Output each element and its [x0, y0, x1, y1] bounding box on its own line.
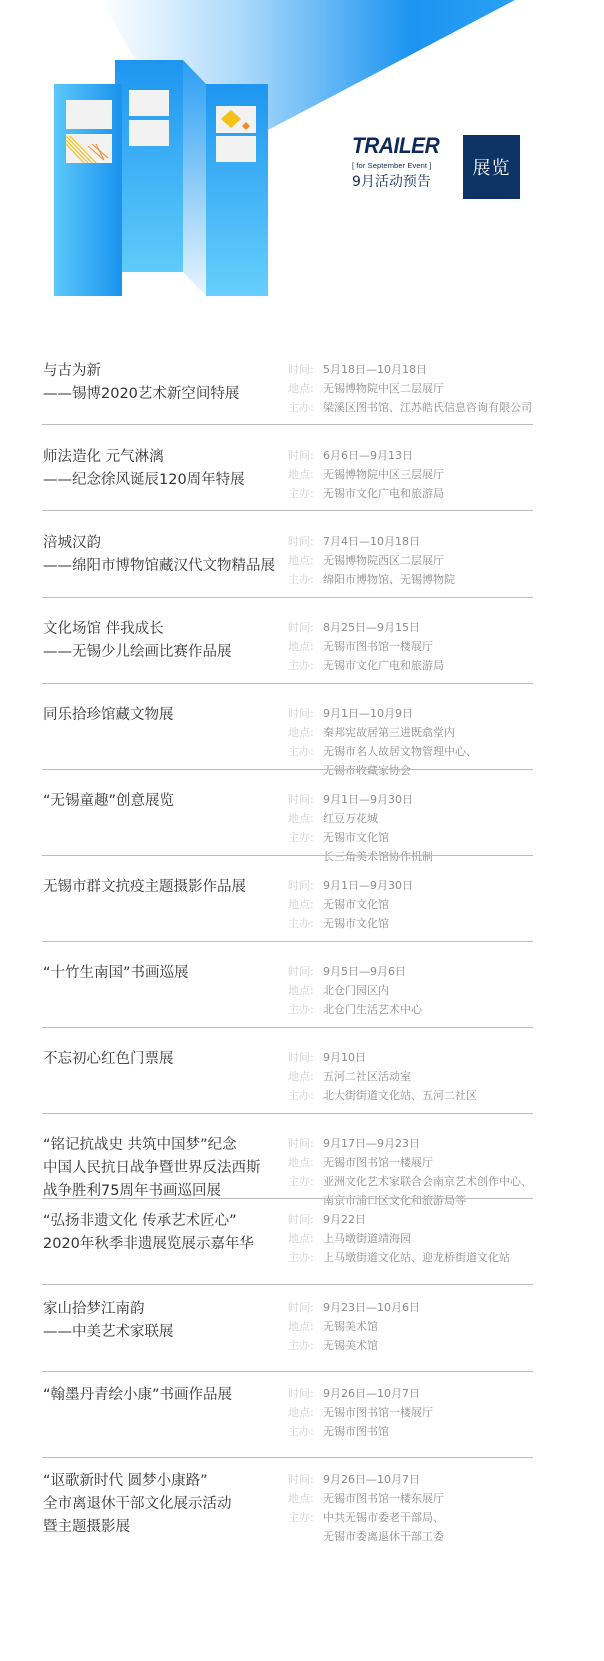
host-row: 主办:绵阳市博物馆、无锡博物院	[288, 570, 455, 589]
host-label: 主办:	[288, 828, 323, 866]
time-row: 时间:9月10日	[288, 1048, 477, 1067]
event-details: 时间:7月4日—10月18日地点:无锡博物院西区二层展厅主办:绵阳市博物馆、无锡…	[288, 532, 455, 589]
event-title-line: 文化场馆 伴我成长	[43, 618, 303, 641]
time-value: 9月22日	[323, 1210, 366, 1229]
place-label: 地点:	[288, 1229, 323, 1248]
event-list: 与古为新——锡博2020艺术新空间特展时间:5月18日—10月18日地点:无锡博…	[0, 360, 604, 1660]
time-value: 9月10日	[323, 1048, 366, 1067]
time-label: 时间:	[288, 790, 323, 809]
host-value: 中共无锡市委老干部局、无锡市委离退休干部工委	[323, 1508, 444, 1546]
host-label: 主办:	[288, 1508, 323, 1546]
place-row: 地点:无锡市图书馆一楼展厅	[288, 637, 444, 656]
time-row: 时间:9月1日—9月30日	[288, 876, 413, 895]
place-value: 无锡博物院中区二层展厅	[323, 379, 444, 398]
host-value: 无锡市图书馆	[323, 1422, 389, 1441]
divider	[42, 683, 533, 684]
time-row: 时间:9月26日—10月7日	[288, 1470, 444, 1489]
event-title: 与古为新——锡博2020艺术新空间特展	[43, 360, 303, 406]
host-value-line: 无锡市文化馆	[323, 914, 389, 933]
host-value: 上马墩街道文化站、迎龙桥街道文化站	[323, 1248, 510, 1267]
event-title: “讴歌新时代 圆梦小康路”全市离退休干部文化展示活动暨主题摄影展	[43, 1470, 303, 1539]
time-label: 时间:	[288, 876, 323, 895]
place-row: 地点:红豆万花城	[288, 809, 433, 828]
time-label: 时间:	[288, 1048, 323, 1067]
time-label: 时间:	[288, 618, 323, 637]
header-banner: TRAILER [ for September Event ] 9月活动预告 展…	[0, 0, 604, 340]
host-value: 北仓门生活艺术中心	[323, 1000, 422, 1019]
event-title-line: “弘扬非遗文化 传承艺术匠心”	[43, 1210, 303, 1233]
host-value-line: 北大街街道文化站、五河二社区	[323, 1086, 477, 1105]
host-row: 主办:北大街街道文化站、五河二社区	[288, 1086, 477, 1105]
divider	[42, 1113, 533, 1114]
place-label: 地点:	[288, 723, 323, 742]
time-label: 时间:	[288, 360, 323, 379]
host-value-line: 无锡市委离退休干部工委	[323, 1527, 444, 1546]
host-label: 主办:	[288, 1248, 323, 1267]
place-label: 地点:	[288, 1067, 323, 1086]
host-value: 无锡市文化馆长三角美术馆协作机制	[323, 828, 433, 866]
time-value: 9月1日—9月30日	[323, 876, 413, 895]
time-label: 时间:	[288, 1384, 323, 1403]
event-title: 涪城汉韵——绵阳市博物馆藏汉代文物精品展	[43, 532, 303, 578]
time-value: 6月6日—9月13日	[323, 446, 413, 465]
place-row: 地点:无锡博物院中区三层展厅	[288, 465, 444, 484]
place-row: 地点:上马墩街道靖海园	[288, 1229, 510, 1248]
event-title-line: “讴歌新时代 圆梦小康路”	[43, 1470, 303, 1493]
time-value: 5月18日—10月18日	[323, 360, 427, 379]
host-value-line: 中共无锡市委老干部局、	[323, 1508, 444, 1527]
event-title: “十竹生南国”书画巡展	[43, 962, 303, 985]
event-title-line: “铭记抗战史 共筑中国梦”纪念	[43, 1134, 303, 1157]
event-title-line: 涪城汉韵	[43, 532, 303, 555]
host-value: 梁溪区图书馆、江苏皓氏信息咨询有限公司	[323, 398, 532, 417]
event-title-line: ——纪念徐风诞辰120周年特展	[43, 469, 303, 492]
host-value: 无锡美术馆	[323, 1336, 378, 1355]
time-row: 时间:9月23日—10月6日	[288, 1298, 420, 1317]
event-details: 时间:9月26日—10月7日地点:无锡市图书馆一楼东展厅主办:中共无锡市委老干部…	[288, 1470, 444, 1546]
time-label: 时间:	[288, 704, 323, 723]
place-label: 地点:	[288, 1403, 323, 1422]
event-details: 时间:8月25日—9月15日地点:无锡市图书馆一楼展厅主办:无锡市文化广电和旅游…	[288, 618, 444, 675]
time-label: 时间:	[288, 1470, 323, 1489]
host-row: 主办:上马墩街道文化站、迎龙桥街道文化站	[288, 1248, 510, 1267]
host-value: 亚洲文化艺术家联合会南京艺术创作中心、南京市浦口区文化和旅游局等	[323, 1172, 532, 1210]
host-row: 主办:无锡市文化馆长三角美术馆协作机制	[288, 828, 433, 866]
time-row: 时间:9月17日—9月23日	[288, 1134, 532, 1153]
event-title: “铭记抗战史 共筑中国梦”纪念中国人民抗日战争暨世界反法西斯战争胜利75周年书画…	[43, 1134, 303, 1203]
place-value: 秦邦宪故居第三进既翕堂内	[323, 723, 455, 742]
category-badge: 展览	[463, 135, 520, 199]
place-value: 红豆万花城	[323, 809, 378, 828]
event-title-line: ——绵阳市博物馆藏汉代文物精品展	[43, 555, 303, 578]
event-title-line: 与古为新	[43, 360, 303, 383]
host-value-line: 无锡市文化广电和旅游局	[323, 484, 444, 503]
host-value-line: 无锡市收藏家协会	[323, 761, 477, 780]
place-row: 地点:无锡博物院西区二层展厅	[288, 551, 455, 570]
event-title: “无锡童趣”创意展览	[43, 790, 303, 813]
divider	[42, 424, 533, 425]
divider	[42, 769, 533, 770]
place-label: 地点:	[288, 551, 323, 570]
place-value: 无锡美术馆	[323, 1317, 378, 1336]
event-details: 时间:9月10日地点:五河二社区活动室主办:北大街街道文化站、五河二社区	[288, 1048, 477, 1105]
place-label: 地点:	[288, 1317, 323, 1336]
place-row: 地点:秦邦宪故居第三进既翕堂内	[288, 723, 477, 742]
host-value: 无锡市名人故居文物管理中心、无锡市收藏家协会	[323, 742, 477, 780]
host-label: 主办:	[288, 742, 323, 780]
event-title: 无锡市群文抗疫主题摄影作品展	[43, 876, 303, 899]
event-title-line: ——中美艺术家联展	[43, 1321, 303, 1344]
host-label: 主办:	[288, 570, 323, 589]
place-row: 地点:无锡市文化馆	[288, 895, 413, 914]
host-value-line: 上马墩街道文化站、迎龙桥街道文化站	[323, 1248, 510, 1267]
divider	[42, 1457, 533, 1458]
host-row: 主办:无锡市文化广电和旅游局	[288, 656, 444, 675]
event-title-line: 同乐拾珍馆藏文物展	[43, 704, 303, 727]
divider	[42, 597, 533, 598]
host-label: 主办:	[288, 1422, 323, 1441]
time-row: 时间:8月25日—9月15日	[288, 618, 444, 637]
event-title-line: ——锡博2020艺术新空间特展	[43, 383, 303, 406]
event-title-line: 2020年秋季非遗展览展示嘉年华	[43, 1233, 303, 1256]
place-value: 无锡市文化馆	[323, 895, 389, 914]
host-value-line: 无锡美术馆	[323, 1336, 378, 1355]
time-label: 时间:	[288, 1298, 323, 1317]
event-title-line: 暨主题摄影展	[43, 1516, 303, 1539]
place-value: 北仓门园区内	[323, 981, 389, 1000]
event-details: 时间:6月6日—9月13日地点:无锡博物院中区三层展厅主办:无锡市文化广电和旅游…	[288, 446, 444, 503]
time-row: 时间:9月26日—10月7日	[288, 1384, 433, 1403]
place-row: 地点:无锡美术馆	[288, 1317, 420, 1336]
host-label: 主办:	[288, 484, 323, 503]
divider	[42, 1371, 533, 1372]
divider	[42, 1284, 533, 1285]
place-label: 地点:	[288, 895, 323, 914]
time-row: 时间:9月5日—9月6日	[288, 962, 422, 981]
place-row: 地点:无锡市图书馆一楼东展厅	[288, 1489, 444, 1508]
time-row: 时间:7月4日—10月18日	[288, 532, 455, 551]
event-details: 时间:9月26日—10月7日地点:无锡市图书馆一楼展厅主办:无锡市图书馆	[288, 1384, 433, 1441]
event-title: 文化场馆 伴我成长——无锡少儿绘画比赛作品展	[43, 618, 303, 664]
host-value-line: 北仓门生活艺术中心	[323, 1000, 422, 1019]
event-title: 不忘初心红色门票展	[43, 1048, 303, 1071]
event-title: 家山拾梦江南韵——中美艺术家联展	[43, 1298, 303, 1344]
host-value: 无锡市文化广电和旅游局	[323, 484, 444, 503]
event-title: 同乐拾珍馆藏文物展	[43, 704, 303, 727]
place-label: 地点:	[288, 379, 323, 398]
event-details: 时间:9月22日地点:上马墩街道靖海园主办:上马墩街道文化站、迎龙桥街道文化站	[288, 1210, 510, 1267]
place-value: 无锡博物院中区三层展厅	[323, 465, 444, 484]
host-label: 主办:	[288, 1336, 323, 1355]
host-row: 主办:北仓门生活艺术中心	[288, 1000, 422, 1019]
divider	[42, 1198, 533, 1199]
time-value: 9月1日—9月30日	[323, 790, 413, 809]
time-row: 时间:9月22日	[288, 1210, 510, 1229]
time-label: 时间:	[288, 532, 323, 551]
time-row: 时间:5月18日—10月18日	[288, 360, 532, 379]
place-value: 无锡博物院西区二层展厅	[323, 551, 444, 570]
place-label: 地点:	[288, 981, 323, 1000]
host-label: 主办:	[288, 1086, 323, 1105]
event-title-line: 中国人民抗日战争暨世界反法西斯	[43, 1157, 303, 1180]
place-label: 地点:	[288, 465, 323, 484]
place-row: 地点:北仓门园区内	[288, 981, 422, 1000]
divider	[42, 1027, 533, 1028]
place-row: 地点:无锡市图书馆一楼展厅	[288, 1153, 532, 1172]
place-value: 无锡市图书馆一楼展厅	[323, 1403, 433, 1422]
time-value: 7月4日—10月18日	[323, 532, 420, 551]
host-row: 主办:无锡市文化广电和旅游局	[288, 484, 444, 503]
time-label: 时间:	[288, 1134, 323, 1153]
host-value-line: 绵阳市博物馆、无锡博物院	[323, 570, 455, 589]
event-title-line: 战争胜利75周年书画巡回展	[43, 1180, 303, 1203]
place-label: 地点:	[288, 1153, 323, 1172]
event-title-line: 全市离退休干部文化展示活动	[43, 1493, 303, 1516]
event-title-line: “翰墨丹青绘小康”书画作品展	[43, 1384, 303, 1407]
divider	[42, 510, 533, 511]
host-row: 主办:无锡市文化馆	[288, 914, 413, 933]
host-row: 主办:无锡市图书馆	[288, 1422, 433, 1441]
divider	[42, 941, 533, 942]
place-value: 无锡市图书馆一楼东展厅	[323, 1489, 444, 1508]
host-row: 主办:无锡美术馆	[288, 1336, 420, 1355]
host-value: 无锡市文化馆	[323, 914, 389, 933]
host-value-line: 南京市浦口区文化和旅游局等	[323, 1191, 532, 1210]
time-value: 9月1日—10月9日	[323, 704, 413, 723]
event-title-line: 无锡市群文抗疫主题摄影作品展	[43, 876, 303, 899]
time-value: 9月26日—10月7日	[323, 1470, 420, 1489]
event-title: “弘扬非遗文化 传承艺术匠心”2020年秋季非遗展览展示嘉年华	[43, 1210, 303, 1256]
host-value-line: 梁溪区图书馆、江苏皓氏信息咨询有限公司	[323, 398, 532, 417]
host-value: 绵阳市博物馆、无锡博物院	[323, 570, 455, 589]
time-label: 时间:	[288, 446, 323, 465]
host-label: 主办:	[288, 914, 323, 933]
host-value-line: 无锡市文化馆	[323, 828, 433, 847]
event-details: 时间:9月23日—10月6日地点:无锡美术馆主办:无锡美术馆	[288, 1298, 420, 1355]
place-row: 地点:无锡博物院中区二层展厅	[288, 379, 532, 398]
host-label: 主办:	[288, 656, 323, 675]
place-value: 五河二社区活动室	[323, 1067, 411, 1086]
host-label: 主办:	[288, 1000, 323, 1019]
place-label: 地点:	[288, 1489, 323, 1508]
host-value-line: 无锡市文化广电和旅游局	[323, 656, 444, 675]
host-value-line: 长三角美术馆协作机制	[323, 847, 433, 866]
place-value: 无锡市图书馆一楼展厅	[323, 637, 433, 656]
place-row: 地点:五河二社区活动室	[288, 1067, 477, 1086]
event-title: “翰墨丹青绘小康”书画作品展	[43, 1384, 303, 1407]
time-row: 时间:9月1日—9月30日	[288, 790, 433, 809]
event-title: 师法造化 元气淋漓——纪念徐风诞辰120周年特展	[43, 446, 303, 492]
divider	[42, 855, 533, 856]
place-label: 地点:	[288, 637, 323, 656]
time-value: 9月26日—10月7日	[323, 1384, 420, 1403]
event-title-line: 不忘初心红色门票展	[43, 1048, 303, 1071]
place-row: 地点:无锡市图书馆一楼展厅	[288, 1403, 433, 1422]
host-value-line: 无锡市名人故居文物管理中心、	[323, 742, 477, 761]
event-details: 时间:9月5日—9月6日地点:北仓门园区内主办:北仓门生活艺术中心	[288, 962, 422, 1019]
time-row: 时间:6月6日—9月13日	[288, 446, 444, 465]
host-value-line: 无锡市图书馆	[323, 1422, 389, 1441]
place-value: 无锡市图书馆一楼展厅	[323, 1153, 433, 1172]
time-value: 8月25日—9月15日	[323, 618, 420, 637]
host-row: 主办:中共无锡市委老干部局、无锡市委离退休干部工委	[288, 1508, 444, 1546]
event-details: 时间:5月18日—10月18日地点:无锡博物院中区二层展厅主办: 梁溪区图书馆、…	[288, 360, 532, 417]
host-value-line: 亚洲文化艺术家联合会南京艺术创作中心、	[323, 1172, 532, 1191]
host-row: 主办:亚洲文化艺术家联合会南京艺术创作中心、南京市浦口区文化和旅游局等	[288, 1172, 532, 1210]
event-details: 时间:9月1日—9月30日地点:无锡市文化馆主办:无锡市文化馆	[288, 876, 413, 933]
host-value: 无锡市文化广电和旅游局	[323, 656, 444, 675]
event-title-line: 师法造化 元气淋漓	[43, 446, 303, 469]
time-label: 时间:	[288, 962, 323, 981]
event-title-line: “十竹生南国”书画巡展	[43, 962, 303, 985]
event-title-line: “无锡童趣”创意展览	[43, 790, 303, 813]
host-value: 北大街街道文化站、五河二社区	[323, 1086, 477, 1105]
place-value: 上马墩街道靖海园	[323, 1229, 411, 1248]
time-row: 时间:9月1日—10月9日	[288, 704, 477, 723]
event-title-line: 家山拾梦江南韵	[43, 1298, 303, 1321]
host-row: 主办: 梁溪区图书馆、江苏皓氏信息咨询有限公司	[288, 398, 532, 417]
host-label: 主办:	[288, 398, 323, 417]
time-value: 9月23日—10月6日	[323, 1298, 420, 1317]
time-label: 时间:	[288, 1210, 323, 1229]
host-row: 主办:无锡市名人故居文物管理中心、无锡市收藏家协会	[288, 742, 477, 780]
time-value: 9月17日—9月23日	[323, 1134, 420, 1153]
place-label: 地点:	[288, 809, 323, 828]
host-label: 主办:	[288, 1172, 323, 1210]
time-value: 9月5日—9月6日	[323, 962, 406, 981]
event-title-line: ——无锡少儿绘画比赛作品展	[43, 641, 303, 664]
